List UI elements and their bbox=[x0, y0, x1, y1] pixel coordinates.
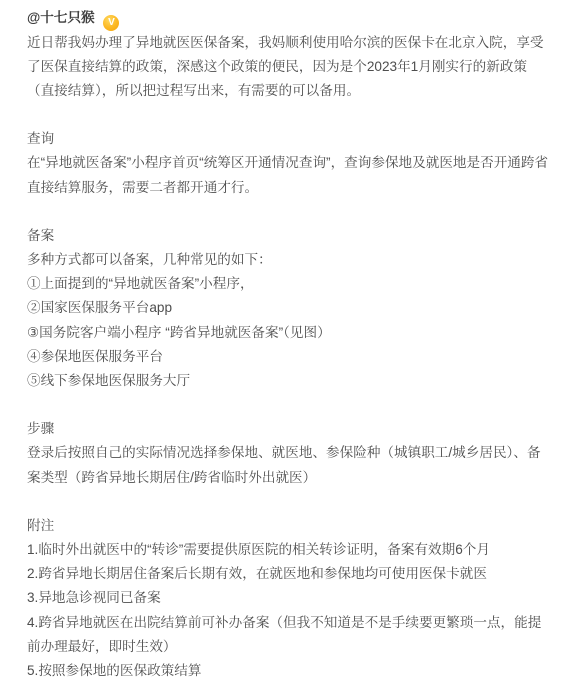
section-body-register: 多种方式都可以备案，几种常见的如下： ①上面提到的“异地就医备案”小程序， ②国… bbox=[27, 248, 573, 393]
author-name[interactable]: @十七只猴 bbox=[27, 10, 95, 25]
post-body: @十七只猴 V 近日帮我妈办理了异地就医医保备案，我妈顺利使用哈尔滨的医保卡在北… bbox=[0, 0, 587, 683]
section-title-query: 查询 bbox=[27, 127, 573, 151]
section-query: 查询 在“异地就医备案”小程序首页“统筹区开通情况查询”，查询参保地及就医地是否… bbox=[27, 127, 573, 200]
section-body-query: 在“异地就医备案”小程序首页“统筹区开通情况查询”，查询参保地及就医地是否开通跨… bbox=[27, 151, 573, 199]
author-line: @十七只猴 V bbox=[27, 6, 573, 31]
section-body-steps: 登录后按照自己的实际情况选择参保地、就医地、参保险种（城镇职工/城乡居民）、备 … bbox=[27, 441, 573, 489]
verified-badge-icon: V bbox=[103, 15, 119, 31]
section-steps: 步骤 登录后按照自己的实际情况选择参保地、就医地、参保险种（城镇职工/城乡居民）… bbox=[27, 417, 573, 490]
section-title-notes: 附注 bbox=[27, 514, 573, 538]
section-title-steps: 步骤 bbox=[27, 417, 573, 441]
section-notes: 附注 1.临时外出就医中的“转诊”需要提供原医院的相关转诊证明，备案有效期6个月… bbox=[27, 514, 573, 683]
intro-paragraph: 近日帮我妈办理了异地就医医保备案，我妈顺利使用哈尔滨的医保卡在北京入院，享受 了… bbox=[27, 31, 573, 104]
section-register: 备案 多种方式都可以备案，几种常见的如下： ①上面提到的“异地就医备案”小程序，… bbox=[27, 224, 573, 393]
section-body-notes: 1.临时外出就医中的“转诊”需要提供原医院的相关转诊证明，备案有效期6个月 2.… bbox=[27, 538, 573, 683]
section-title-register: 备案 bbox=[27, 224, 573, 248]
